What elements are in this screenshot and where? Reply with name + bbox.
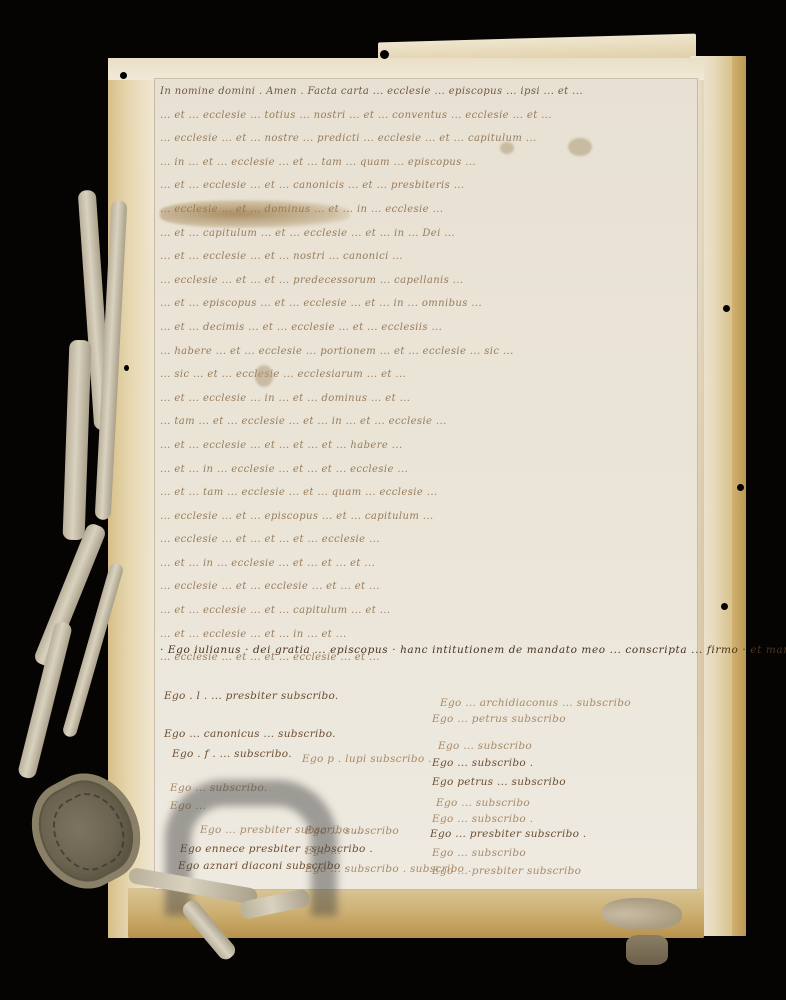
top-margin: [108, 58, 704, 80]
subscription: Ego p . lupi subscribo .: [302, 753, 432, 765]
stain-spot: [500, 142, 514, 154]
subscription: Ego ... subscribo: [438, 740, 532, 752]
text-line: ... et ... ecclesie ... et ... nostri ..…: [160, 245, 694, 269]
text-line: ... et ... in ... ecclesie ... et ... et…: [160, 552, 694, 576]
bottom-seal-tag: [626, 935, 668, 965]
text-line: ... et ... in ... ecclesie ... et ... et…: [160, 458, 694, 482]
binding-hole: [737, 484, 744, 491]
text-line: ... habere ... et ... ecclesie ... porti…: [160, 340, 694, 364]
stain-spot: [568, 138, 592, 156]
text-line: ... ecclesie ... et ... et ... et ... ec…: [160, 528, 694, 552]
subscription: Ego ... canonicus ... subscribo.: [164, 728, 336, 740]
text-line: ... et ... ecclesie ... et ... in ... et…: [160, 623, 694, 647]
subscription: Ego ... subscribo: [432, 847, 526, 859]
text-line: In nomine domini . Amen . Facta carta ..…: [160, 80, 694, 104]
charter-body-text: In nomine domini . Amen . Facta carta ..…: [160, 80, 694, 670]
subscription: Ego ... subscribo .: [432, 813, 533, 825]
binding-hole: [721, 603, 728, 610]
subscription: Ego . l . ... presbiter subscribo.: [164, 690, 339, 702]
seal-strap: [63, 340, 92, 541]
text-line: ... et ... ecclesie ... totius ... nostr…: [160, 104, 694, 128]
text-line: ... et ... tam ... ecclesie ... et ... q…: [160, 481, 694, 505]
seal-impression: [41, 782, 137, 881]
subscription: Ego ... petrus subscribo: [432, 713, 566, 725]
text-line: ... ecclesie ... et ... ecclesie ... et …: [160, 575, 694, 599]
subscription: Ego ... presbiter subscribo: [432, 865, 581, 877]
subscription: Ego ... subscribo .: [432, 757, 533, 769]
text-line: ... sic ... et ... ecclesie ... ecclesia…: [160, 363, 694, 387]
water-stain: [160, 200, 350, 228]
binding-hole: [723, 305, 730, 312]
text-line: ... ecclesie ... et ... nostre ... predi…: [160, 127, 694, 151]
text-line: ... et ... ecclesie ... et ... canonicis…: [160, 174, 694, 198]
photo-stage: In nomine domini . Amen . Facta carta ..…: [0, 0, 786, 1000]
subscription: Ego ... subscribo: [436, 797, 530, 809]
bishop-subscription: · Ego iulianus · dei gratia ... episcopu…: [160, 644, 700, 656]
subscription: Ego ... archidiaconus ... subscribo: [440, 697, 631, 709]
text-line: ... tam ... et ... ecclesie ... et ... i…: [160, 410, 694, 434]
subscription: Ego ... presbiter subscribo .: [430, 828, 587, 840]
text-line: ... et ... ecclesie ... et ... et ... et…: [160, 434, 694, 458]
text-line: ... ecclesie ... et ... episcopus ... et…: [160, 505, 694, 529]
sheet-right-edge-stain: [732, 56, 746, 936]
text-line: ... et ... decimis ... et ... ecclesie .…: [160, 316, 694, 340]
text-line: ... et ... ecclesie ... in ... et ... do…: [160, 387, 694, 411]
binding-hole: [124, 365, 129, 371]
binding-hole: [380, 50, 389, 59]
subscription: Ego petrus ... subscribo: [432, 776, 566, 788]
subscription: Ego . f . ... subscribo.: [172, 748, 292, 760]
stain-spot: [255, 365, 273, 387]
text-line: ... et ... episcopus ... et ... ecclesie…: [160, 292, 694, 316]
text-line: ... ecclesie ... et ... et ... predecess…: [160, 269, 694, 293]
text-line: ... in ... et ... ecclesie ... et ... ta…: [160, 151, 694, 175]
bottom-seal-tag: [602, 898, 682, 930]
text-line: ... et ... ecclesie ... et ... capitulum…: [160, 599, 694, 623]
binding-hole: [120, 72, 127, 79]
